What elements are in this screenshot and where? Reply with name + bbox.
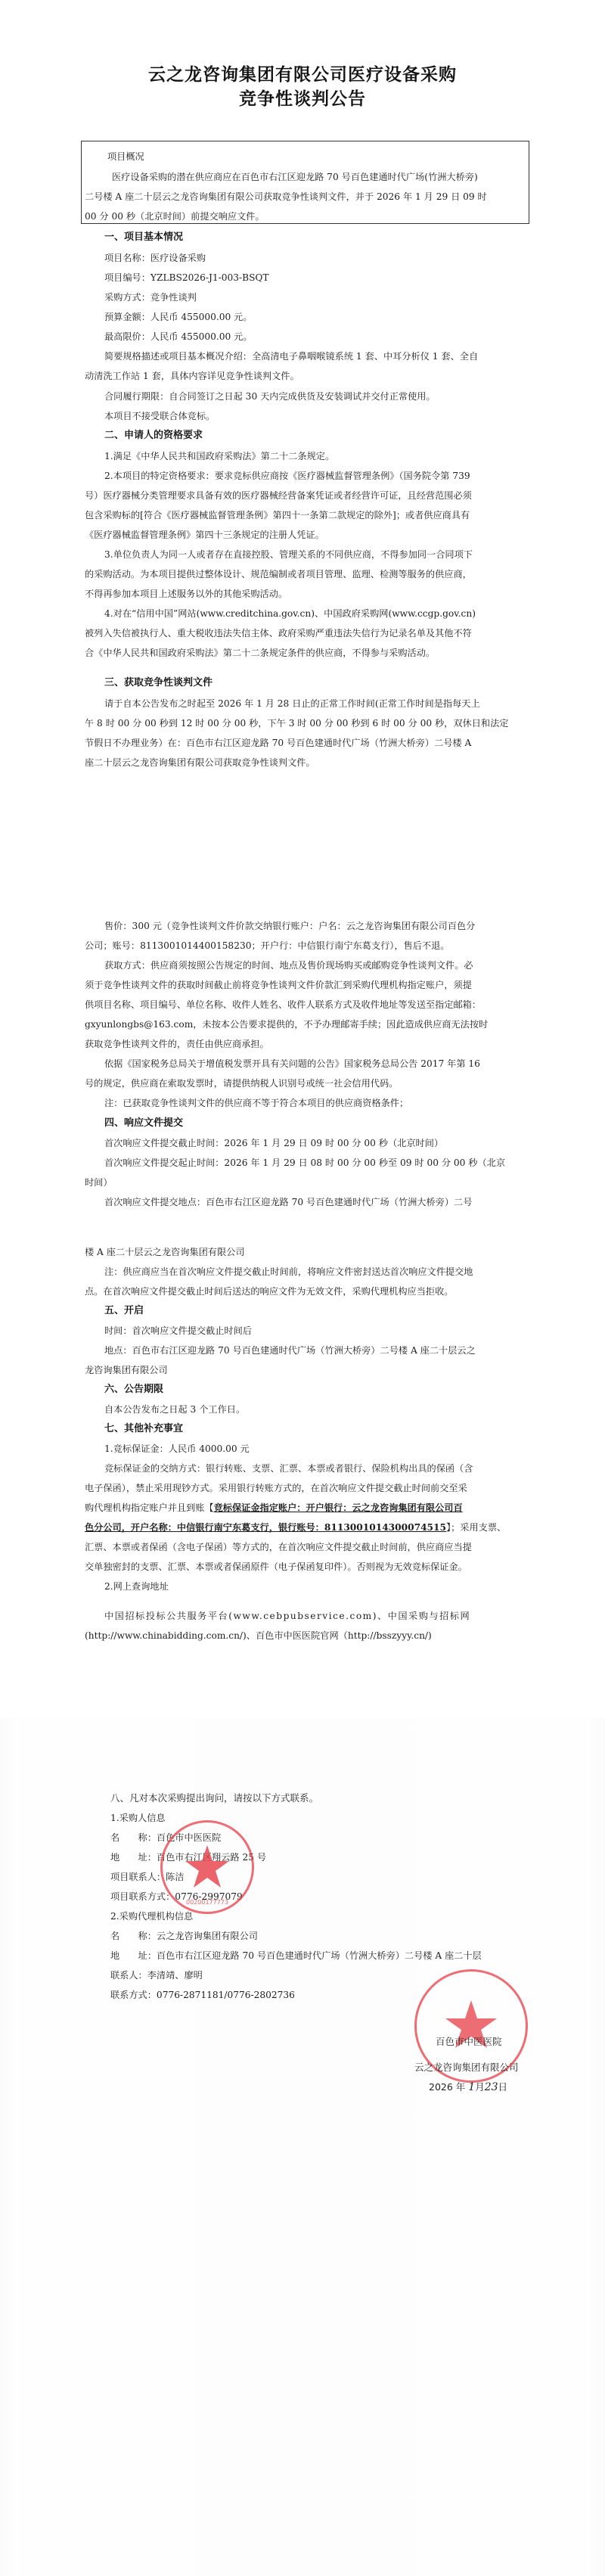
document-title-line2: 竞争性谈判公告 xyxy=(0,85,605,110)
acquisition-method: 供项目名称、项目编号、单位名称、收件人姓名、收件人联系方式及收件地址等发送至指定… xyxy=(85,999,481,1011)
tax-note: 号的规定，供应商在索取发票时，请提供纳税人识别号或统一社会信用代码。 xyxy=(85,1077,398,1089)
date-day-unit: 日 xyxy=(498,2081,508,2093)
submission-note: 注：供应商应当在首次响应文件提交截止时间前，将响应文件密封送达首次响应文件提交地 xyxy=(104,1266,473,1278)
qualification-item: 包含采购标的[符合《医疗器械监督管理条例》第四十一条第二款规定的除外]；或者供应… xyxy=(85,509,470,521)
qualification-item: 合《中华人民共和国政府采购法》第二十二条规定条件的供应商，不得参与采购活动。 xyxy=(85,647,435,659)
document-price: 公司；账号：8113001014400158230；开户行：中信银行南宁东葛支行… xyxy=(85,940,449,952)
acquisition-time: 午 8 时 00 分 00 秒到 12 时 00 分 00 秒，下午 3 时 0… xyxy=(85,717,509,729)
submission-window: 时间） xyxy=(85,1176,113,1189)
section7-heading: 七、其他补充事宜 xyxy=(104,1423,183,1435)
qualification-item: 《医疗器械监督管理条例》第四十三条规定的注册人凭证。 xyxy=(85,529,324,541)
deposit-account-details: 竞标保证金指定账户：开户银行：云之龙咨询集团有限公司百 xyxy=(214,1502,463,1513)
acquisition-time: 请于自本公告发布之时起至 2026 年 1 月 28 日止的正常工作时间(正常工… xyxy=(104,698,480,710)
acquisition-method: 须于竞争性谈判文件的获取时间截止前将竞争性谈判文件价款汇到采购代理机构指定账户，… xyxy=(85,979,472,991)
qualification-item: 被列入失信被执行人、重大税收违法失信主体、政府采购严重违法失信行为记录名单及其他… xyxy=(85,627,472,639)
acquisition-method: 获取竞争性谈判文件的，责任由供应商承担。 xyxy=(85,1038,269,1050)
agency-name: 名 称：云之龙咨询集团有限公司 xyxy=(110,1930,258,1942)
hospital-seal: 00200177773 xyxy=(160,1820,254,1914)
qualification-disclaimer: 注：已获取竞争性谈判文件的供应商不等于符合本项目的供应商资格条件； xyxy=(104,1097,408,1109)
acquisition-method: 获取方式：供应商须按照公告规定的时间、地点及售价现场购买或邮购竞争性谈判文件。必 xyxy=(104,959,473,971)
section5-heading: 五、开启 xyxy=(104,1305,144,1317)
query-sites: 中国招标投标公共服务平台(www.cebpubservice.com)、中国采购… xyxy=(104,1610,470,1622)
qualification-item: 3.单位负责人为同一人或者存在直接控股、管理关系的不同供应商，不得参加同一合同项… xyxy=(104,548,473,561)
submission-place: 楼 A 座二十层云之龙咨询集团有限公司 xyxy=(85,1246,245,1258)
signature-date: 2026 年 1月23日 xyxy=(429,2080,507,2093)
scanned-page-background xyxy=(0,1717,605,2576)
announcement-page: 云之龙咨询集团有限公司医疗设备采购 竞争性谈判公告 项目概况 医疗设备采购的潜在… xyxy=(0,0,605,2576)
section4-heading: 四、响应文件提交 xyxy=(104,1117,183,1130)
opening-place: 龙咨询集团有限公司 xyxy=(85,1364,168,1376)
document-price: 售价：300 元（竞争性谈判文件价款交纳银行账户：户名：云之龙咨询集团有限公司百… xyxy=(104,920,475,932)
signature-agency: 云之龙咨询集团有限公司 xyxy=(414,2060,519,2074)
submission-place: 首次响应文件提交地点：百色市右江区迎龙路 70 号百色建通时代广场（竹洲大桥旁）… xyxy=(104,1196,472,1208)
opening-time: 时间：首次响应文件提交截止时间后 xyxy=(104,1325,252,1337)
agency-phone: 联系方式：0776-2871181/0776-2802736 xyxy=(110,1989,295,2001)
query-sites: (http://www.chinabidding.com.cn/)、百色市中医医… xyxy=(85,1630,432,1642)
agency-contact: 联系人：李清靖、廖明 xyxy=(110,1969,203,1981)
opening-place: 地点：百色市右江区迎龙路 70 号百色建通时代广场（竹洲大桥旁）二号楼 A 座二… xyxy=(104,1344,476,1356)
qualification-item: 的采购活动。为本项目提供过整体设计、规范编制或者项目管理、监理、检测等服务的供应… xyxy=(85,568,472,580)
project-number: 项目编号：YZLBS2026-J1-003-BSQT xyxy=(104,272,269,284)
query-heading: 2.网上查询地址 xyxy=(104,1580,169,1593)
deposit-payment: 汇票、本票或者保函（含电子保函）等方式的，在首次响应文件提交截止时间前，供应商应… xyxy=(85,1541,472,1553)
overview-line: 00 分 00 秒（北京时间）前提交响应文件。 xyxy=(85,210,265,222)
qualification-item: 不得再参加本项目上述服务以外的其他采购活动。 xyxy=(85,588,287,600)
contract-term: 合同履行期限：自合同签订之日起 30 天内完成供货及安装调试并交付正常使用。 xyxy=(104,390,436,402)
submission-window: 首次响应文件提交起止时间：2026 年 1 月 29 日 08 时 00 分 0… xyxy=(104,1157,505,1169)
qualification-item: 1.满足《中华人民共和国政府采购法》第二十二条规定。 xyxy=(104,450,334,462)
qualification-item: 号）医疗器械分类管理要求具备有效的医疗器械经营备案凭证或者经营许可证，且经营范围… xyxy=(85,489,472,502)
date-month-unit: 月 xyxy=(475,2081,485,2093)
budget-amount: 预算金额：人民币 455000.00 元。 xyxy=(104,311,253,323)
document-title-line1: 云之龙咨询集团有限公司医疗设备采购 xyxy=(0,61,605,85)
submission-deadline: 首次响应文件提交截止时间：2026 年 1 月 29 日 09 时 00 分 0… xyxy=(104,1137,443,1149)
section6-heading: 六、公告期限 xyxy=(104,1384,163,1396)
max-price: 最高限价：人民币 455000.00 元。 xyxy=(104,331,253,343)
date-month: 1 xyxy=(468,2081,475,2093)
deposit-payment: 色分公司，开户名称：中信银行南宁东葛支行，银行账号：81130010143000… xyxy=(85,1521,506,1533)
overview-line: 二号楼 A 座二十层云之龙咨询集团有限公司获取竞争性谈判文件，并于 2026 年… xyxy=(85,191,487,203)
spec-description: 简要规格描述或项目基本概况介绍：全高清电子鼻咽喉镜系统 1 套、中耳分析仪 1 … xyxy=(104,350,478,362)
deposit-payment: 竞标保证金的交纳方式：银行转账、支票、汇票、本票或者银行、保险机构出具的保函（含 xyxy=(104,1462,473,1474)
overview-heading: 项目概况 xyxy=(107,151,144,163)
deposit-payment: 电子保函），禁止采用现钞方式。采用银行转账方式的，在首次响应文件提交截止时间前交… xyxy=(85,1482,467,1494)
spec-description: 动清洗工作站 1 套，具体内容详见竞争性谈判文件。 xyxy=(85,370,299,382)
section8-heading: 八、凡对本次采购提出询问，请按以下方式联系。 xyxy=(110,1792,318,1804)
announcement-period: 自本公告发布之日起 3 个工作日。 xyxy=(104,1403,245,1415)
tax-note: 依据《国家税务总局关于增值税发票开具有关问题的公告》国家税务总局公告 2017 … xyxy=(104,1058,480,1070)
procurement-method: 采购方式：竞争性谈判 xyxy=(104,291,197,303)
bid-deposit: 1.竞标保证金：人民币 4000.00 元 xyxy=(104,1443,250,1455)
agency-address: 地 址：百色市右江区迎龙路 70 号百色建通时代广场（竹洲大桥旁）二号楼 A 座… xyxy=(110,1950,482,1962)
acquisition-method: gxyunlongbs@163.com，未按本公告要求提供的，不予办理邮寄手续；… xyxy=(85,1018,488,1030)
agency-info-heading: 2.采购代理机构信息 xyxy=(110,1910,193,1922)
overview-line: 医疗设备采购的潜在供应商应在百色市右江区迎龙路 70 号百色建通时代广场(竹洲大… xyxy=(112,171,478,183)
acquisition-time: 座二十层云之龙咨询集团有限公司获取竞争性谈判文件。 xyxy=(85,757,315,769)
date-year: 2026 年 xyxy=(429,2081,465,2093)
deposit-payment: 购代理机构指定账户并且到账【竞标保证金指定账户：开户银行：云之龙咨询集团有限公司… xyxy=(85,1502,463,1514)
section1-heading: 一、项目基本情况 xyxy=(104,231,183,244)
deposit-account-prefix: 购代理机构指定账户并且到账【 xyxy=(85,1502,214,1513)
section3-heading: 三、获取竞争性谈判文件 xyxy=(104,677,213,689)
purchaser-info-heading: 1.采购人信息 xyxy=(110,1812,166,1824)
qualification-item: 2.本项目的特定资格要求：要求竞标供应商按《医疗器械监督管理条例》（国务院令第 … xyxy=(104,470,470,482)
svg-text:00200177773: 00200177773 xyxy=(186,1899,228,1906)
consortium-note: 本项目不接受联合体竞标。 xyxy=(104,410,215,422)
section2-heading: 二、申请人的资格要求 xyxy=(104,430,203,442)
project-name: 项目名称：医疗设备采购 xyxy=(104,252,206,264)
signature-purchaser: 百色市中医医院 xyxy=(436,2034,502,2048)
deposit-account-suffix: 】；采用支票、 xyxy=(446,1522,506,1533)
date-day: 23 xyxy=(485,2081,498,2093)
deposit-account-number: 色分公司，开户名称：中信银行南宁东葛支行，银行账号：81130010143000… xyxy=(85,1522,446,1533)
star-icon: 00200177773 xyxy=(163,1822,252,1912)
deposit-payment: 交单独密封的支票、汇票、本票或者保函原件（电子保函复印件）。否则视为无效竞标保证… xyxy=(85,1561,467,1573)
submission-note: 点。在首次响应文件提交截止时间后送达的响应文件为无效文件，采购代理机构应当拒收。 xyxy=(85,1285,454,1297)
qualification-item: 4.对在“信用中国”网站(www.creditchina.gov.cn)、中国政… xyxy=(104,607,476,620)
acquisition-time: 节假日不办理业务）在：百色市右江区迎龙路 70 号百色建通时代广场（竹洲大桥旁）… xyxy=(85,737,471,749)
